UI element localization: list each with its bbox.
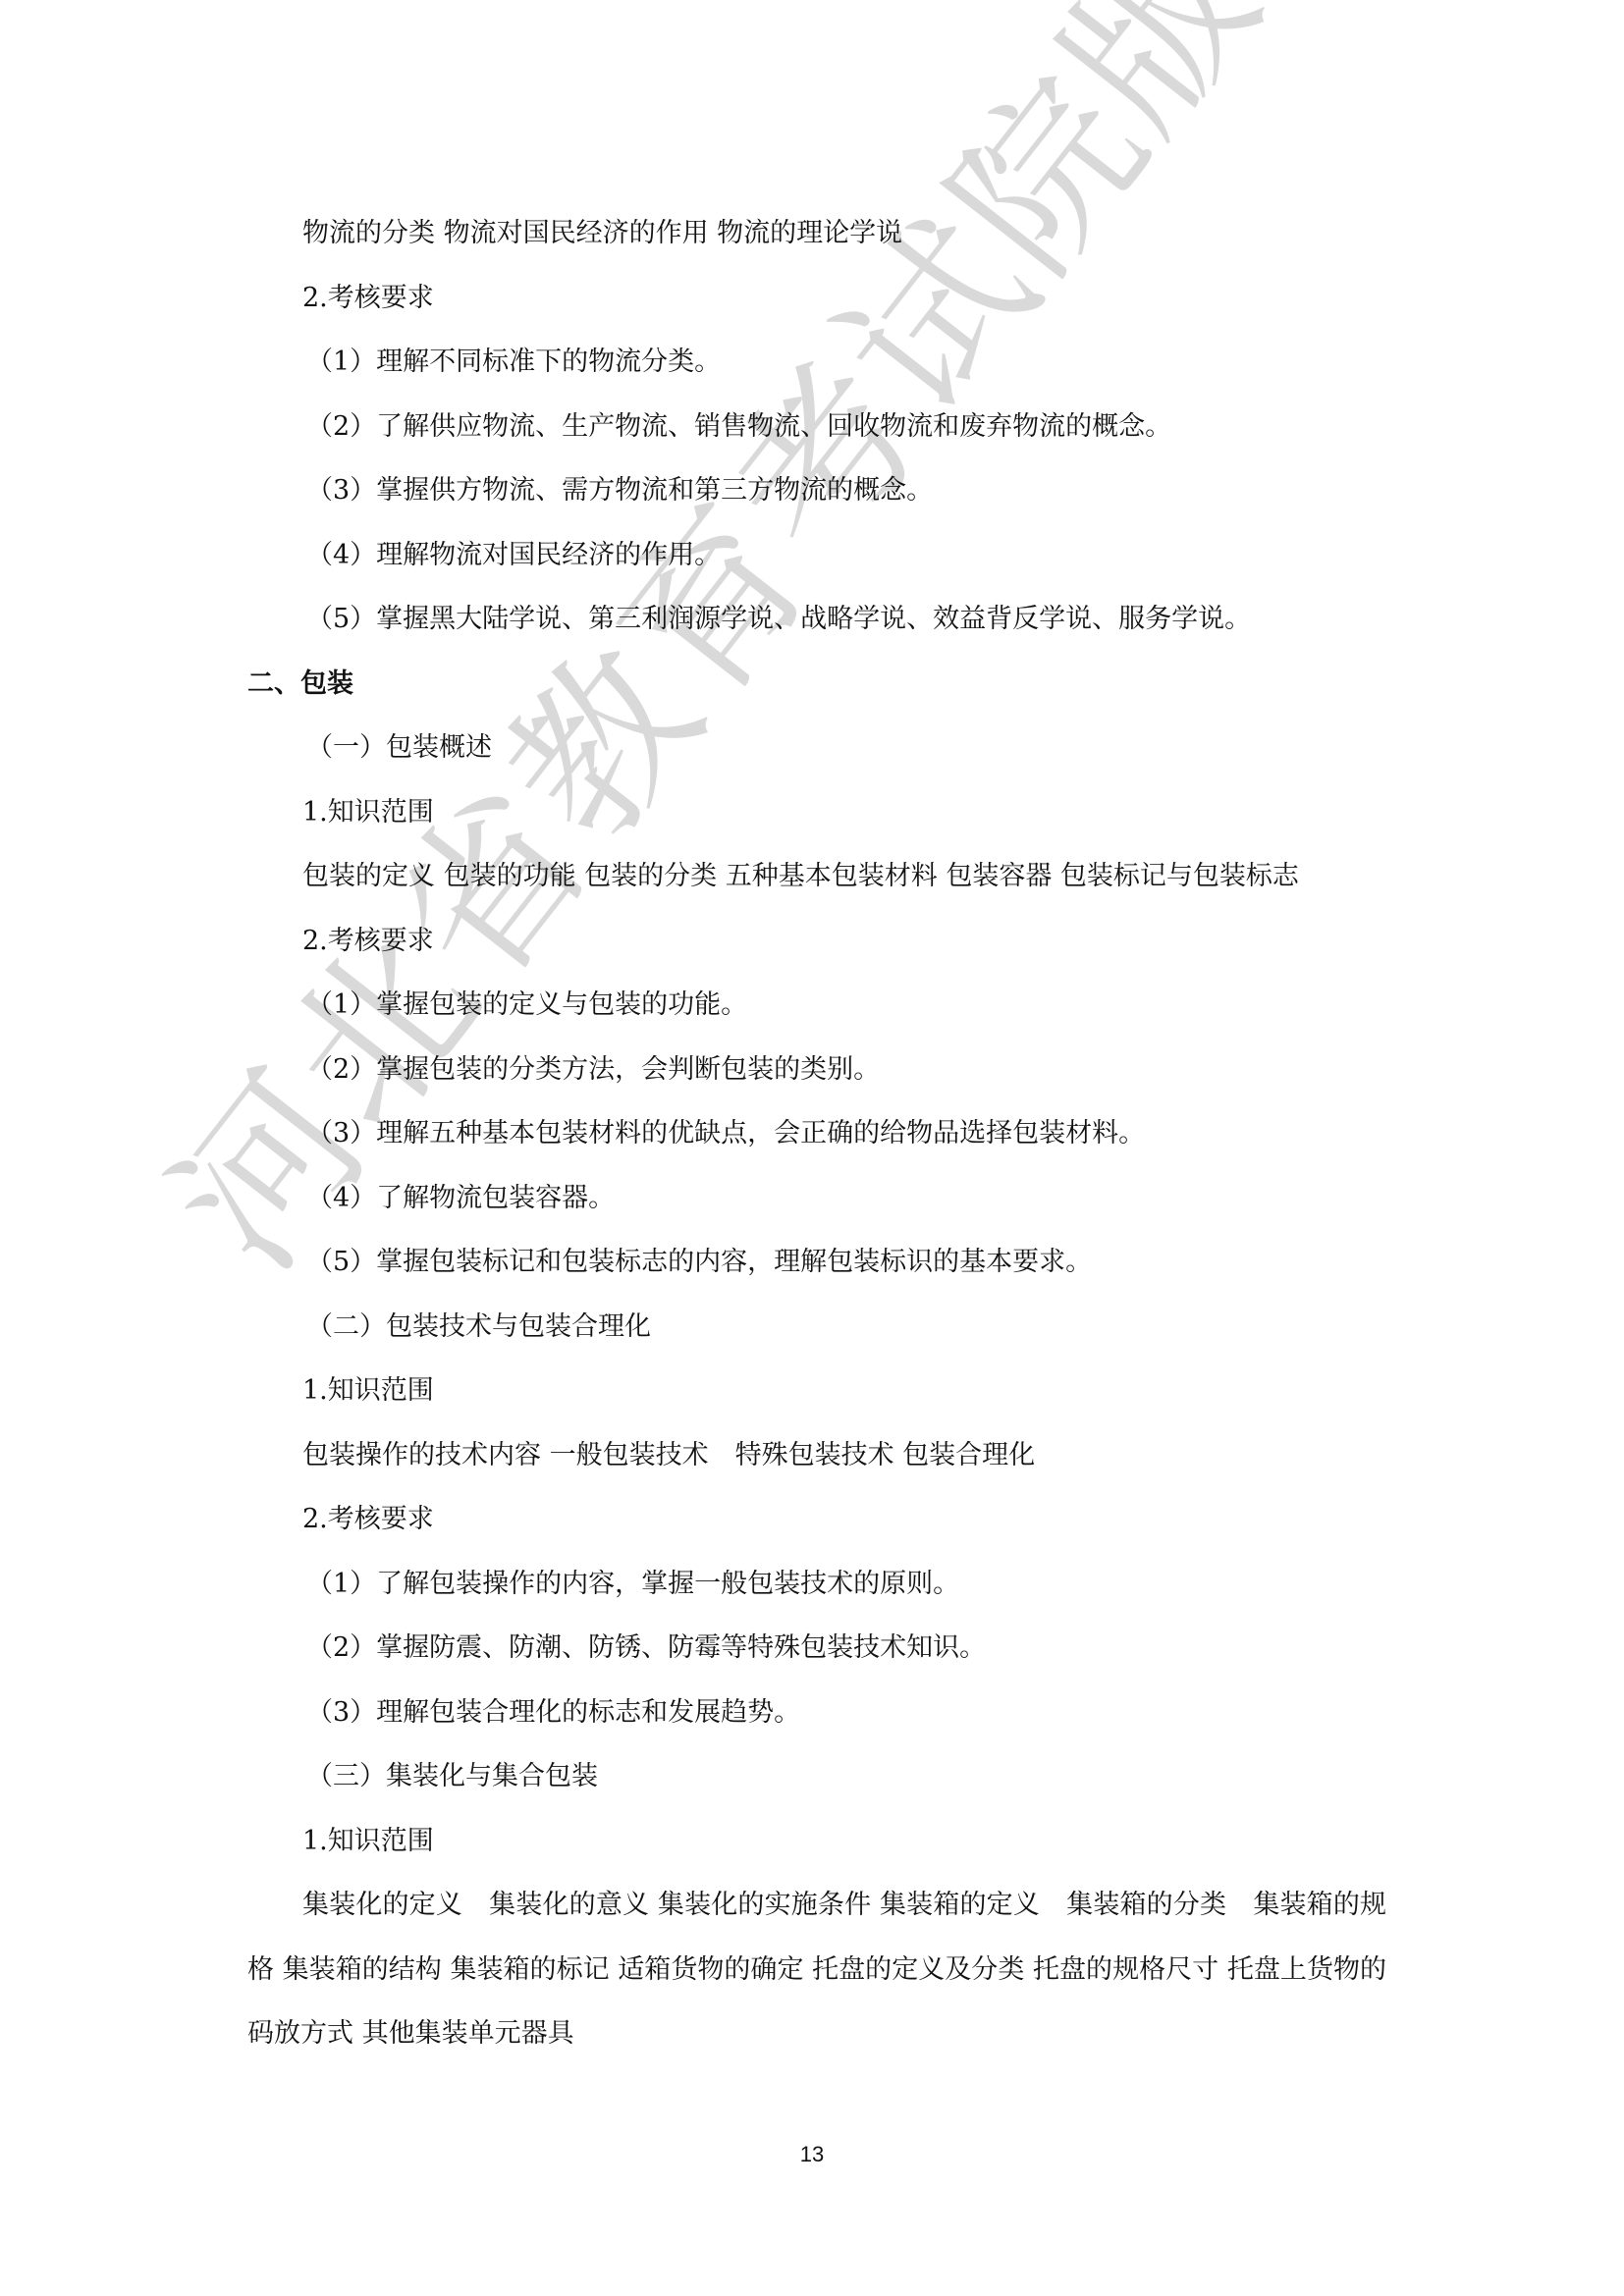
subsection-title: （一）包装概述 (247, 716, 1386, 780)
requirements-label: 2.考核要求 (247, 266, 1386, 331)
requirement-item: （4）理解物流对国民经济的作用。 (247, 523, 1386, 588)
requirement-item: （1）理解不同标准下的物流分类。 (247, 330, 1386, 395)
knowledge-scope-text: 包装操作的技术内容 一般包装技术 特殊包装技术 包装合理化 (247, 1423, 1386, 1488)
requirement-item: （1）掌握包装的定义与包装的功能。 (247, 973, 1386, 1038)
requirement-item: （3）理解五种基本包装材料的优缺点，会正确的给物品选择包装材料。 (247, 1101, 1386, 1166)
knowledge-scope-label: 1.知识范围 (247, 1359, 1386, 1423)
knowledge-scope-label: 1.知识范围 (247, 1809, 1386, 1874)
requirement-item: （5）掌握黑大陆学说、第三利润源学说、战略学说、效益背反学说、服务学说。 (247, 587, 1386, 652)
requirement-item: （2）了解供应物流、生产物流、销售物流、回收物流和废弃物流的概念。 (247, 395, 1386, 459)
knowledge-scope-label: 1.知识范围 (247, 780, 1386, 845)
requirement-item: （2）掌握包装的分类方法，会判断包装的类别。 (247, 1038, 1386, 1102)
subsection-title: （三）集装化与集合包装 (247, 1744, 1386, 1809)
requirements-label: 2.考核要求 (247, 909, 1386, 974)
subsection-title: （二）包装技术与包装合理化 (247, 1295, 1386, 1360)
knowledge-scope-text: 集装化的定义 集装化的意义 集装化的实施条件 集装箱的定义 集装箱的分类 集装箱… (247, 1873, 1386, 2066)
requirements-label: 2.考核要求 (247, 1487, 1386, 1552)
page-body: 物流的分类 物流对国民经济的作用 物流的理论学说 2.考核要求 （1）理解不同标… (247, 201, 1386, 2066)
requirement-item: （3）掌握供方物流、需方物流和第三方物流的概念。 (247, 458, 1386, 523)
knowledge-scope-text: 物流的分类 物流对国民经济的作用 物流的理论学说 (247, 201, 1386, 266)
page-number: 13 (0, 2142, 1624, 2167)
document-page: 河北省教育考试院版权所有 物流的分类 物流对国民经济的作用 物流的理论学说 2.… (0, 0, 1624, 2296)
requirement-item: （5）掌握包装标记和包装标志的内容，理解包装标识的基本要求。 (247, 1230, 1386, 1295)
knowledge-scope-text: 包装的定义 包装的功能 包装的分类 五种基本包装材料 包装容器 包装标记与包装标… (247, 844, 1386, 909)
requirement-item: （3）理解包装合理化的标志和发展趋势。 (247, 1681, 1386, 1745)
requirement-item: （4）了解物流包装容器。 (247, 1166, 1386, 1231)
requirement-item: （2）掌握防震、防潮、防锈、防霉等特殊包装技术知识。 (247, 1616, 1386, 1681)
requirement-item: （1）了解包装操作的内容，掌握一般包装技术的原则。 (247, 1552, 1386, 1617)
section-heading: 二、包装 (247, 652, 1386, 717)
